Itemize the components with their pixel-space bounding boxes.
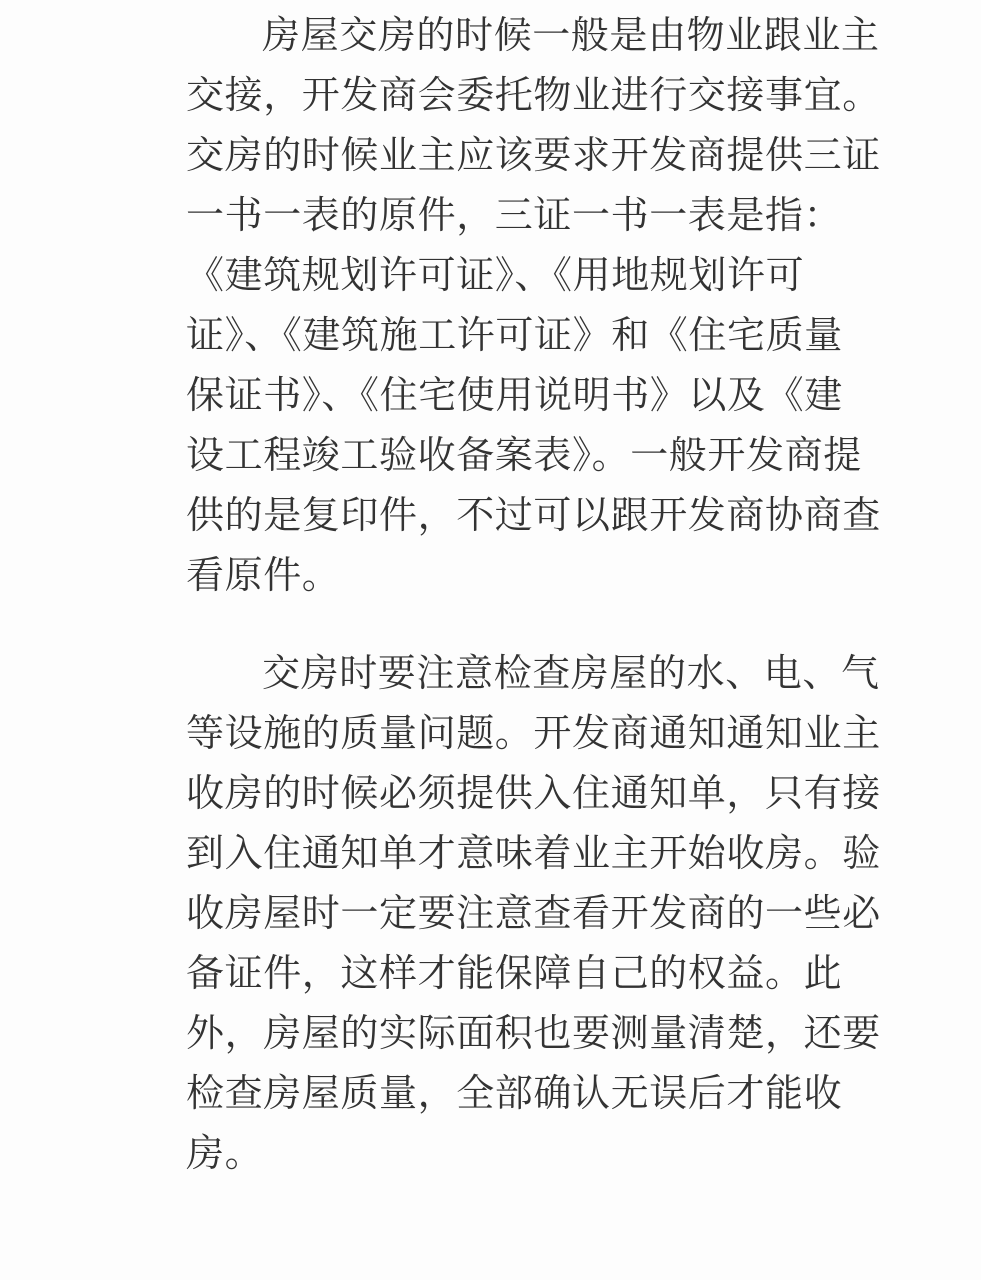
text-line: 房屋交房的时候一般是由物业跟业主 — [186, 6, 896, 66]
text-line: 交房时要注意检查房屋的水、电、气 — [186, 644, 896, 704]
text-line: 房。 — [186, 1124, 896, 1184]
text-line: 等设施的质量问题。开发商通知通知业主 — [186, 704, 896, 764]
text-line: 交房的时候业主应该要求开发商提供三证 — [186, 126, 896, 186]
text-line: 证》、《建筑施工许可证》和《住宅质量 — [186, 306, 896, 366]
paragraph-2: 交房时要注意检查房屋的水、电、气 等设施的质量问题。开发商通知通知业主 收房的时… — [186, 644, 896, 1184]
text-line: 保证书》、《住宅使用说明书》以及《建 — [186, 366, 896, 426]
paragraph-1: 房屋交房的时候一般是由物业跟业主 交接，开发商会委托物业进行交接事宜。 交房的时… — [186, 6, 896, 606]
text-line: 《建筑规划许可证》、《用地规划许可 — [186, 246, 896, 306]
text-line: 看原件。 — [186, 546, 896, 606]
article-body: 房屋交房的时候一般是由物业跟业主 交接，开发商会委托物业进行交接事宜。 交房的时… — [186, 6, 896, 1184]
text-line: 交接，开发商会委托物业进行交接事宜。 — [186, 66, 896, 126]
text-line: 外，房屋的实际面积也要测量清楚，还要 — [186, 1004, 896, 1064]
text-line: 设工程竣工验收备案表》。一般开发商提 — [186, 426, 896, 486]
text-line: 收房的时候必须提供入住通知单，只有接 — [186, 764, 896, 824]
text-line: 检查房屋质量，全部确认无误后才能收 — [186, 1064, 896, 1124]
text-line: 备证件，这样才能保障自己的权益。此 — [186, 944, 896, 1004]
text-line: 一书一表的原件，三证一书一表是指： — [186, 186, 896, 246]
text-line: 收房屋时一定要注意查看开发商的一些必 — [186, 884, 896, 944]
text-line: 到入住通知单才意味着业主开始收房。验 — [186, 824, 896, 884]
text-line: 供的是复印件，不过可以跟开发商协商查 — [186, 486, 896, 546]
